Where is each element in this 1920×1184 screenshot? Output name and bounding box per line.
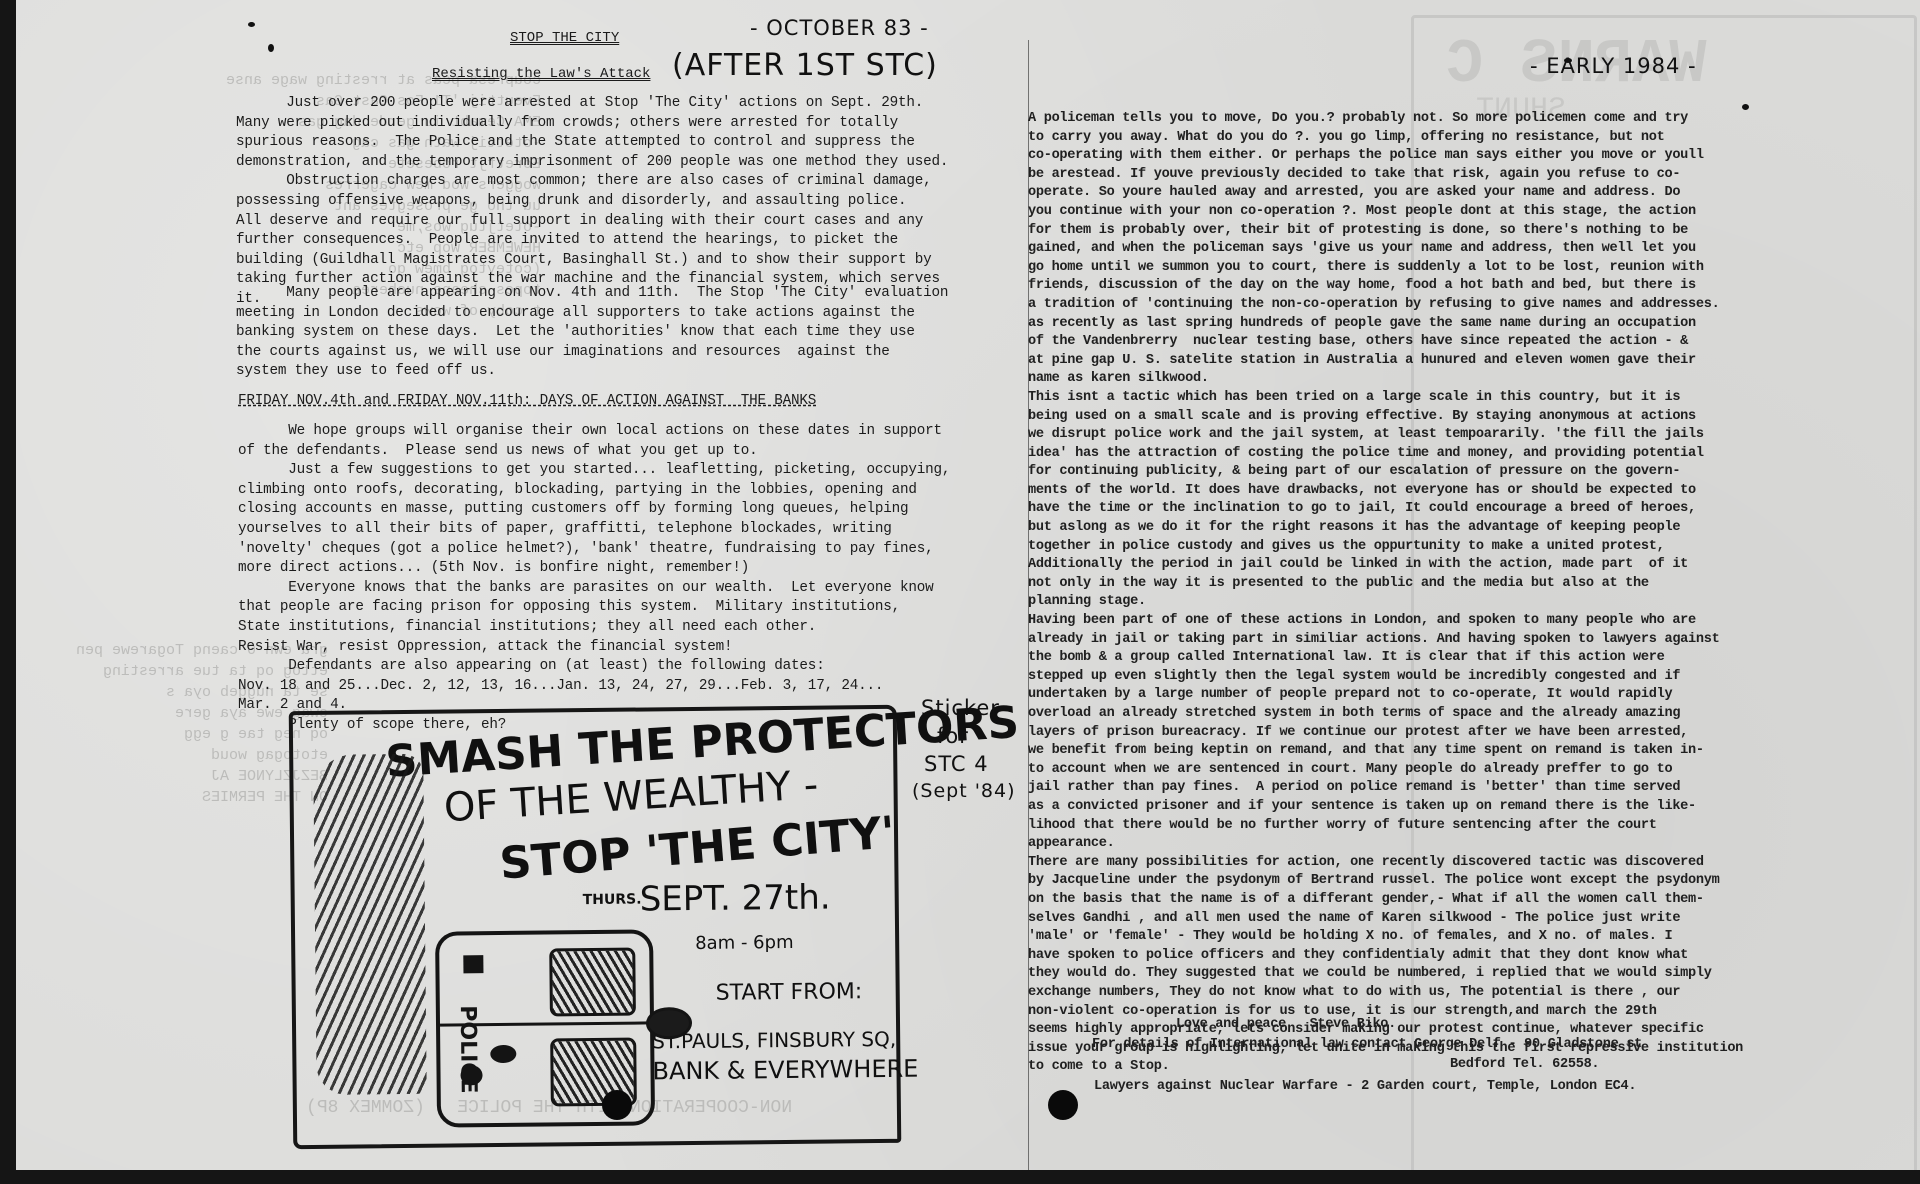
signoff: Love and peace Steve Biko. bbox=[1176, 1016, 1396, 1035]
page-subheading: Resisting the Law's Attack bbox=[432, 66, 650, 82]
sticker-start-label: START FROM: bbox=[716, 979, 863, 1006]
sticker-locations-2: BANK & EVERYWHERE bbox=[652, 1055, 918, 1086]
intro-paragraph: Just over 200 people were arrested at St… bbox=[236, 94, 948, 310]
contact-line-1: For details of International law contact… bbox=[1092, 1036, 1642, 1055]
sticker-artwork: SMASH THE PROTECTORS OF THE WEALTHY - ST… bbox=[289, 705, 902, 1149]
sticker-time: 8am - 6pm bbox=[695, 932, 794, 954]
sticker-note-line-3: STC 4 bbox=[924, 752, 989, 776]
contact-line-2: Bedford Tel. 62558. bbox=[1450, 1056, 1599, 1075]
handwritten-date-right: - EARLY 1984 - bbox=[1530, 54, 1697, 78]
handwritten-date-left: - OCTOBER 83 - bbox=[750, 16, 929, 40]
section-heading: FRIDAY NOV.4th and FRIDAY NOV.11th: DAYS… bbox=[238, 392, 816, 412]
sticker-note-line-2: for bbox=[937, 724, 969, 748]
days-of-action-text: We hope groups will organise their own l… bbox=[238, 422, 950, 736]
evaluation-paragraph: Many people are appearing on Nov. 4th an… bbox=[236, 284, 948, 382]
sticker-date: SEPT. 27th. bbox=[640, 878, 831, 920]
hole-punch-left bbox=[602, 1090, 632, 1120]
scanned-document: coupresa pcas at rresting wage anse Eveu… bbox=[16, 0, 1920, 1170]
hole-punch-right bbox=[1048, 1090, 1078, 1120]
right-column-body: A policeman tells you to move, Do you.? … bbox=[1028, 110, 1743, 1077]
sticker-day: THURS. bbox=[583, 892, 642, 909]
handwritten-note-left: (AFTER 1ST STC) bbox=[672, 48, 938, 83]
ink-speck bbox=[1564, 58, 1572, 63]
ink-speck bbox=[1742, 104, 1749, 110]
crowd-illustration bbox=[313, 754, 427, 1095]
sticker-note-line-4: (Sept '84) bbox=[912, 780, 1016, 802]
contact-line-3: Lawyers against Nuclear Warfare - 2 Gard… bbox=[1094, 1078, 1636, 1097]
ink-speck bbox=[268, 44, 274, 52]
sticker-note-line-1: Sticker bbox=[921, 696, 1000, 720]
page-heading: STOP THE CITY bbox=[510, 30, 619, 46]
ink-speck bbox=[248, 22, 255, 27]
